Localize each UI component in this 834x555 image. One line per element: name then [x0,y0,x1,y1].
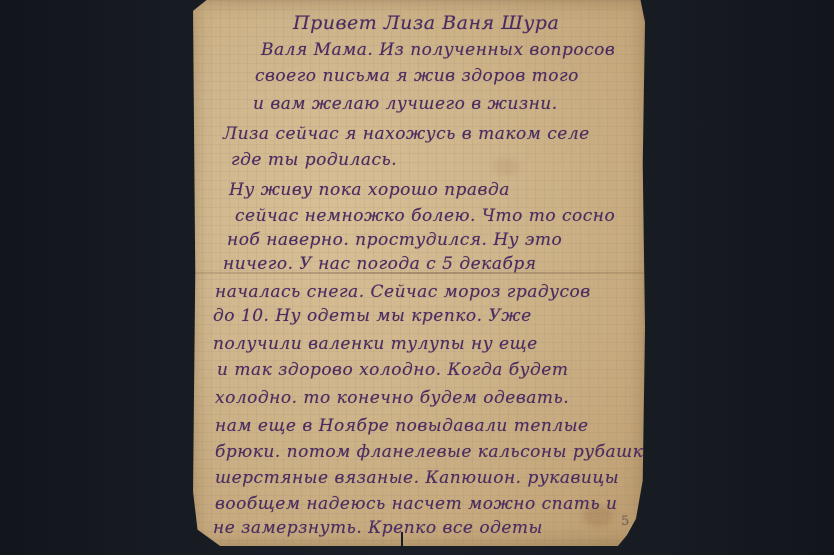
letter-line: Ну живу пока хорошо правда [229,180,510,200]
letter-line: брюки. потом фланелевые кальсоны рубашки [215,442,655,462]
letter-line-greeting: Привет Лиза Ваня Шура [293,12,559,34]
letter-line: ничего. У нас погода с 5 декабря [223,254,536,274]
letter-line: не замерзнуть. Крепко все одеты [213,518,543,538]
photo-background: Привет Лиза Ваня Шура Валя Мама. Из полу… [0,0,834,555]
page-number-mark: 5 [621,514,630,529]
stain [493,158,519,176]
letter-line: холодно. то конечно будем одевать. [215,388,569,408]
letter-line: вообщем надеюсь насчет можно спать и [215,494,617,514]
letter-page: Привет Лиза Ваня Шура Валя Мама. Из полу… [193,0,645,546]
letter-line: шерстяные вязаные. Капюшон. рукавицы [215,468,619,488]
letter-line: получили валенки тулупы ну еще [213,334,538,354]
letter-line: своего письма я жив здоров того [255,66,579,86]
letter-line: Валя Мама. Из полученных вопросов [261,40,615,60]
letter-line: началась снега. Сейчас мороз градусов [215,282,591,302]
letter-line: и так здорово холодно. Когда будет [217,360,568,380]
letter-line: до 10. Ну одеты мы крепко. Уже [213,306,532,326]
letter-line: нам еще в Ноябре повыдавали теплые [215,416,589,436]
letter-line: сейчас немножко болею. Что то сосно [235,206,615,226]
letter-line: где ты родилась. [231,150,397,170]
letter-line: ноб наверно. простудился. Ну это [227,230,562,250]
letter-line: и вам желаю лучшего в жизни. [253,94,558,114]
letter-line: Лиза сейчас я нахожусь в таком селе [223,124,590,144]
